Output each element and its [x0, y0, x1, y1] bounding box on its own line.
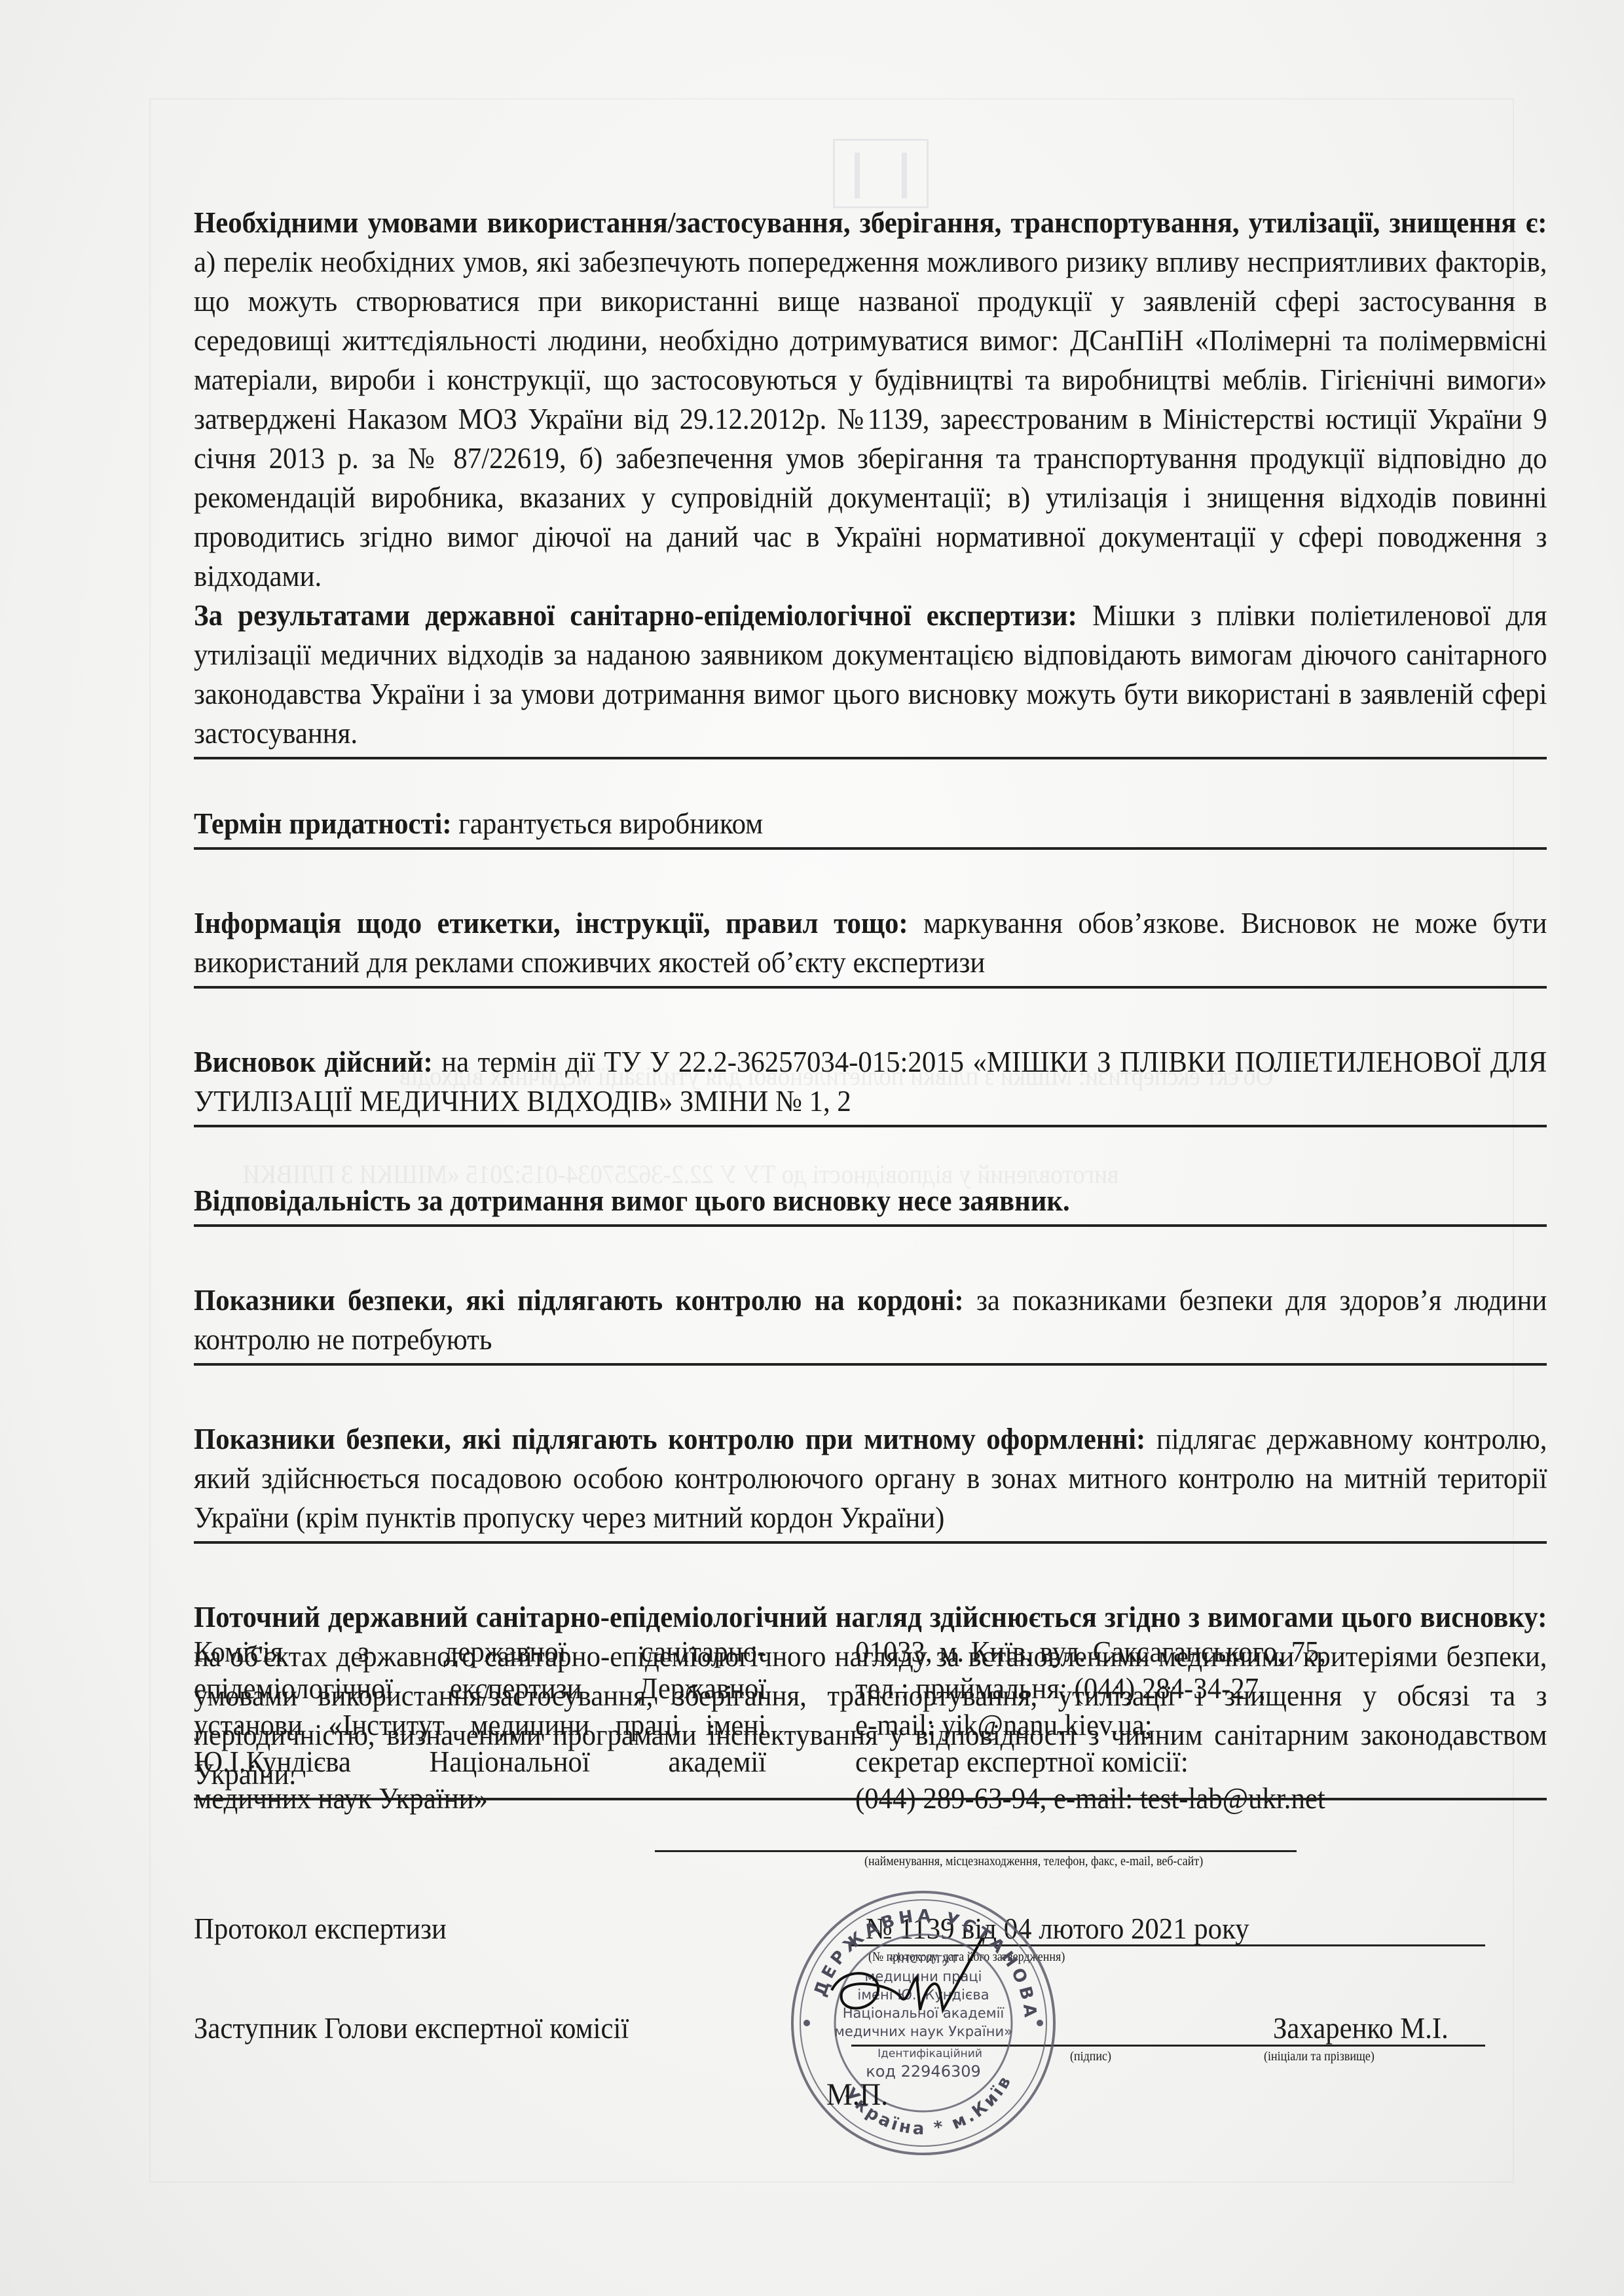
signatory-position: Заступник Голови експертної комісії	[194, 2010, 629, 2047]
commission-caption: (найменування, місцезнаходження, телефон…	[864, 1854, 1203, 1868]
seal-center-line: Національної академії	[843, 2005, 1005, 2021]
seal-center-line: Ідентифікаційний	[877, 2047, 982, 2060]
commission-name-line: медичних наук України»	[194, 1780, 766, 1817]
signatory-name: Захаренко М.І.	[1273, 2010, 1449, 2047]
label-info-heading: Інформація щодо етикетки, інструкції, пр…	[194, 906, 908, 939]
seal-center-line: «Інститут	[888, 1950, 958, 1966]
document-body: Необхідними умовами використання/застосу…	[194, 203, 1547, 1800]
commission-name: Комісія з державної санітарно- епідеміол…	[194, 1633, 766, 1817]
results-heading: За результатами державної санітарно-епід…	[194, 598, 1077, 632]
commission-name-line: Ю.І.Кундієва Національної академії	[194, 1743, 766, 1780]
commission-email: e-mail: yik@nanu.kiev.ua;	[855, 1707, 1464, 1743]
official-seal-icon: ДЕРЖАВНА УСТАНОВА Україна * м.Київ «Інст…	[786, 1886, 1061, 2160]
commission-name-line: Комісія з державної санітарно-	[194, 1633, 766, 1670]
conditions-heading: Необхідними умовами використання/застосу…	[194, 206, 1547, 239]
results-section: За результатами державної санітарно-епід…	[194, 596, 1547, 753]
commission-name-line: епідеміологічної експертизи Державної	[194, 1670, 766, 1707]
border-control-heading: Показники безпеки, які підлягають контро…	[194, 1283, 964, 1317]
shelf-life-body: гарантується виробником	[452, 807, 764, 840]
protocol-label: Протокол експертизи	[194, 1910, 447, 1947]
coat-of-arms-icon	[833, 139, 929, 208]
validity-heading: Висновок дійсний:	[194, 1045, 433, 1078]
customs-control-section: Показники безпеки, які підлягають контро…	[194, 1419, 1547, 1537]
border-control-section: Показники безпеки, які підлягають контро…	[194, 1281, 1547, 1359]
commission-secretary-contact: (044) 289-63-94, e-mail: test-lab@ukr.ne…	[855, 1780, 1464, 1817]
commission-block: Комісія з державної санітарно- епідеміол…	[194, 1633, 1547, 1850]
commission-secretary-label: секретар експертної комісії:	[855, 1743, 1464, 1780]
commission-underline	[655, 1850, 1297, 1852]
conditions-section: Необхідними умовами використання/застосу…	[194, 203, 1547, 596]
customs-control-heading: Показники безпеки, які підлягають контро…	[194, 1422, 1145, 1455]
name-caption: (ініціали та прізвище)	[1264, 2049, 1375, 2064]
commission-contacts: 01033, м. Київ, вул. Саксаганського, 75,…	[855, 1633, 1464, 1817]
conditions-body: а) перелік необхідних умов, які забезпеч…	[194, 245, 1547, 592]
validity-section: Висновок дійсний: на термін дії ТУ У 22.…	[194, 1042, 1547, 1121]
supervision-heading: Поточний державний санітарно-епідеміолог…	[194, 1600, 1547, 1633]
seal-place-mark: М.П.	[826, 2077, 888, 2113]
responsibility-section: Відповідальність за дотримання вимог цьо…	[194, 1181, 1547, 1220]
commission-phone: тел.: приймальня: (044) 284-34-27,	[855, 1670, 1464, 1707]
shelf-life-heading: Термін придатності:	[194, 807, 452, 840]
commission-address: 01033, м. Київ, вул. Саксаганського, 75,	[855, 1633, 1464, 1670]
label-info-section: Інформація щодо етикетки, інструкції, пр…	[194, 903, 1547, 982]
shelf-life-section: Термін придатності: гарантується виробни…	[194, 804, 1547, 843]
commission-name-line: установи «Інститут медицини праці імені	[194, 1707, 766, 1743]
seal-center-line: медичних наук України»	[834, 2024, 1012, 2039]
document-page: Об'єкт експертизи: Мішки з плівки поліет…	[0, 0, 1624, 2296]
responsibility-heading: Відповідальність за дотримання вимог цьо…	[194, 1184, 1070, 1217]
signature-caption: (підпис)	[1070, 2049, 1111, 2064]
